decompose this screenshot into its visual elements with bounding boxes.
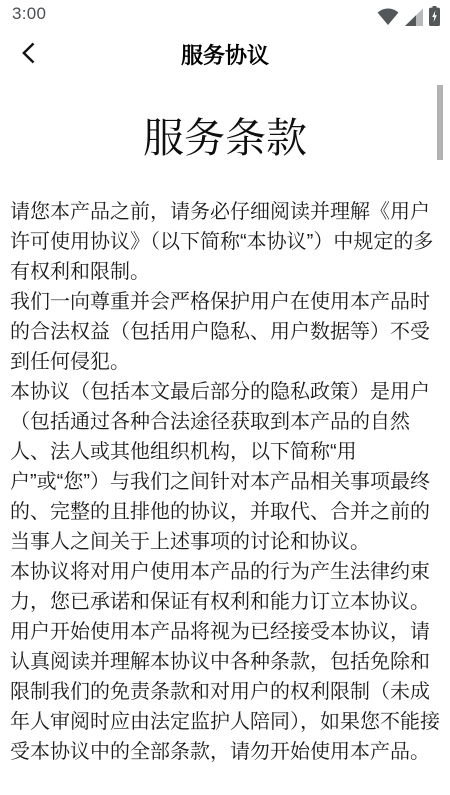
status-icons	[377, 5, 440, 26]
terms-paragraph: 我们一向尊重并会严格保护用户在使用本产品时的合法权益（包括用户隐私、用户数据等）…	[10, 287, 440, 377]
terms-body: 请您本产品之前，请务必仔细阅读并理解《用户许可使用协议》（以下简称“本协议”）中…	[0, 197, 450, 767]
app-header: 服务协议	[0, 28, 450, 80]
back-button[interactable]	[14, 39, 42, 69]
terms-paragraph: 本协议（包括本文最后部分的隐私政策）是用户（包括通过各种合法途径获取到本产品的自…	[10, 377, 440, 557]
status-bar: 3:00	[0, 0, 450, 28]
scrollbar-thumb[interactable]	[437, 85, 443, 160]
status-time: 3:00	[12, 5, 46, 23]
cellular-signal-icon	[405, 8, 423, 26]
terms-paragraph: 用户开始使用本产品将视为已经接受本协议，请认真阅读并理解本协议中各种条款，包括免…	[10, 617, 440, 767]
terms-paragraph: 请您本产品之前，请务必仔细阅读并理解《用户许可使用协议》（以下简称“本协议”）中…	[10, 197, 440, 287]
terms-paragraph: 本协议将对用户使用本产品的行为产生法律约束力，您已承诺和保证有权利和能力订立本协…	[10, 557, 440, 617]
screen: 3:00	[0, 0, 450, 795]
back-chevron-icon	[19, 41, 37, 68]
document-title: 服务条款	[0, 108, 450, 168]
page-title: 服务协议	[181, 39, 269, 70]
wifi-icon	[377, 7, 399, 26]
battery-charging-icon	[429, 6, 440, 26]
